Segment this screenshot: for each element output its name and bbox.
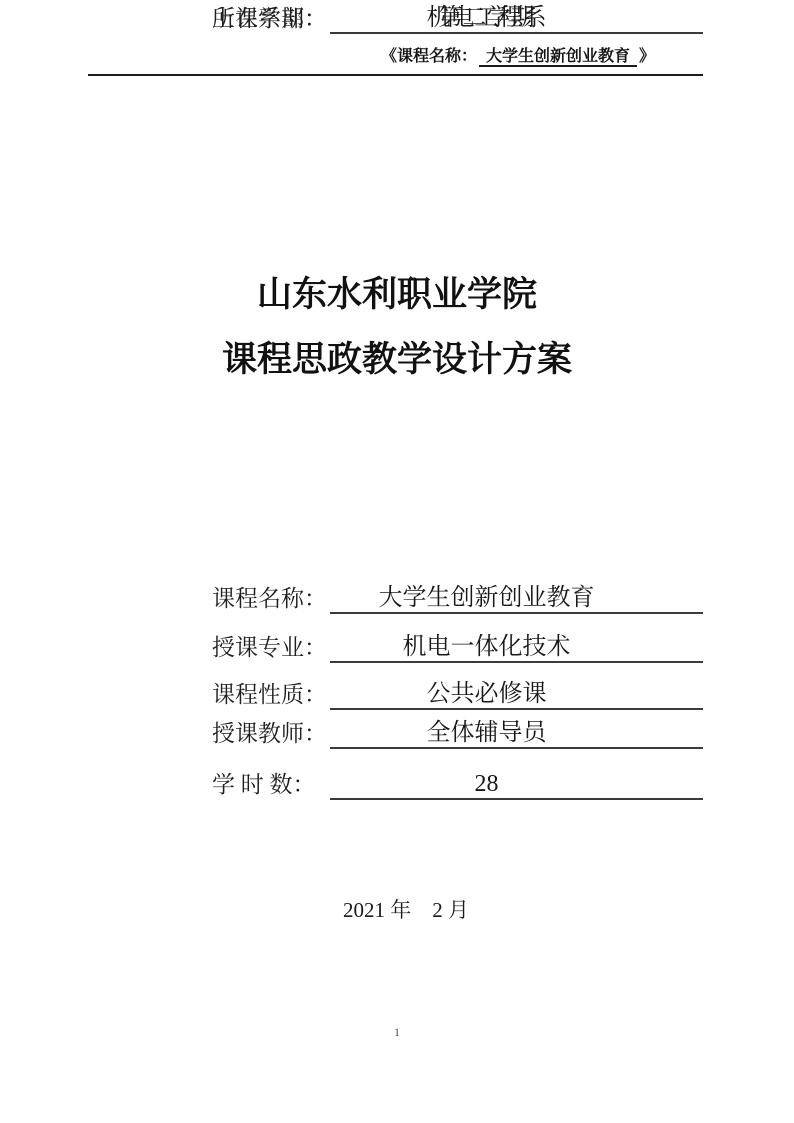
- field-label: 课程名称：: [212, 587, 330, 614]
- page-number: 1: [0, 1025, 794, 1040]
- document-date: 2021 年 2 月: [0, 894, 794, 924]
- header-prefix: 《课程名称：: [381, 46, 477, 65]
- form-row-course-name: 课程名称： 大学生创新创业教育: [212, 580, 703, 614]
- form-row-department: 所在系部： 机电工程系: [212, 0, 703, 34]
- header-course-name: 大学生创新创业教育: [479, 48, 637, 67]
- field-label: 所在系部：: [212, 7, 330, 34]
- form-row-hours: 学 时 数： 28: [212, 766, 703, 800]
- form-row-teacher: 授课教师： 全体辅导员: [212, 715, 703, 749]
- form-row-major: 授课专业： 机电一体化技术: [212, 629, 703, 663]
- field-value: 大学生创新创业教育: [330, 586, 703, 614]
- title-line-1: 山东水利职业学院: [0, 263, 794, 328]
- title-line-2: 课程思政教学设计方案: [0, 328, 794, 393]
- field-value: 全体辅导员: [330, 721, 703, 749]
- field-value: 机电工程系: [330, 6, 703, 34]
- field-value: 机电一体化技术: [330, 635, 703, 663]
- field-value: 公共必修课: [330, 682, 703, 710]
- header-course-line: 《课程名称：大学生创新创业教育》: [381, 48, 655, 74]
- field-label: 课程性质：: [212, 683, 330, 710]
- field-label: 授课专业：: [212, 636, 330, 663]
- form-row-course-type: 课程性质： 公共必修课: [212, 676, 703, 710]
- header-suffix: 》: [639, 46, 655, 65]
- field-label: 授课教师：: [212, 722, 330, 749]
- field-label: 学 时 数：: [212, 773, 330, 800]
- field-value: 28: [330, 772, 703, 800]
- document-title: 山东水利职业学院 课程思政教学设计方案: [0, 263, 794, 393]
